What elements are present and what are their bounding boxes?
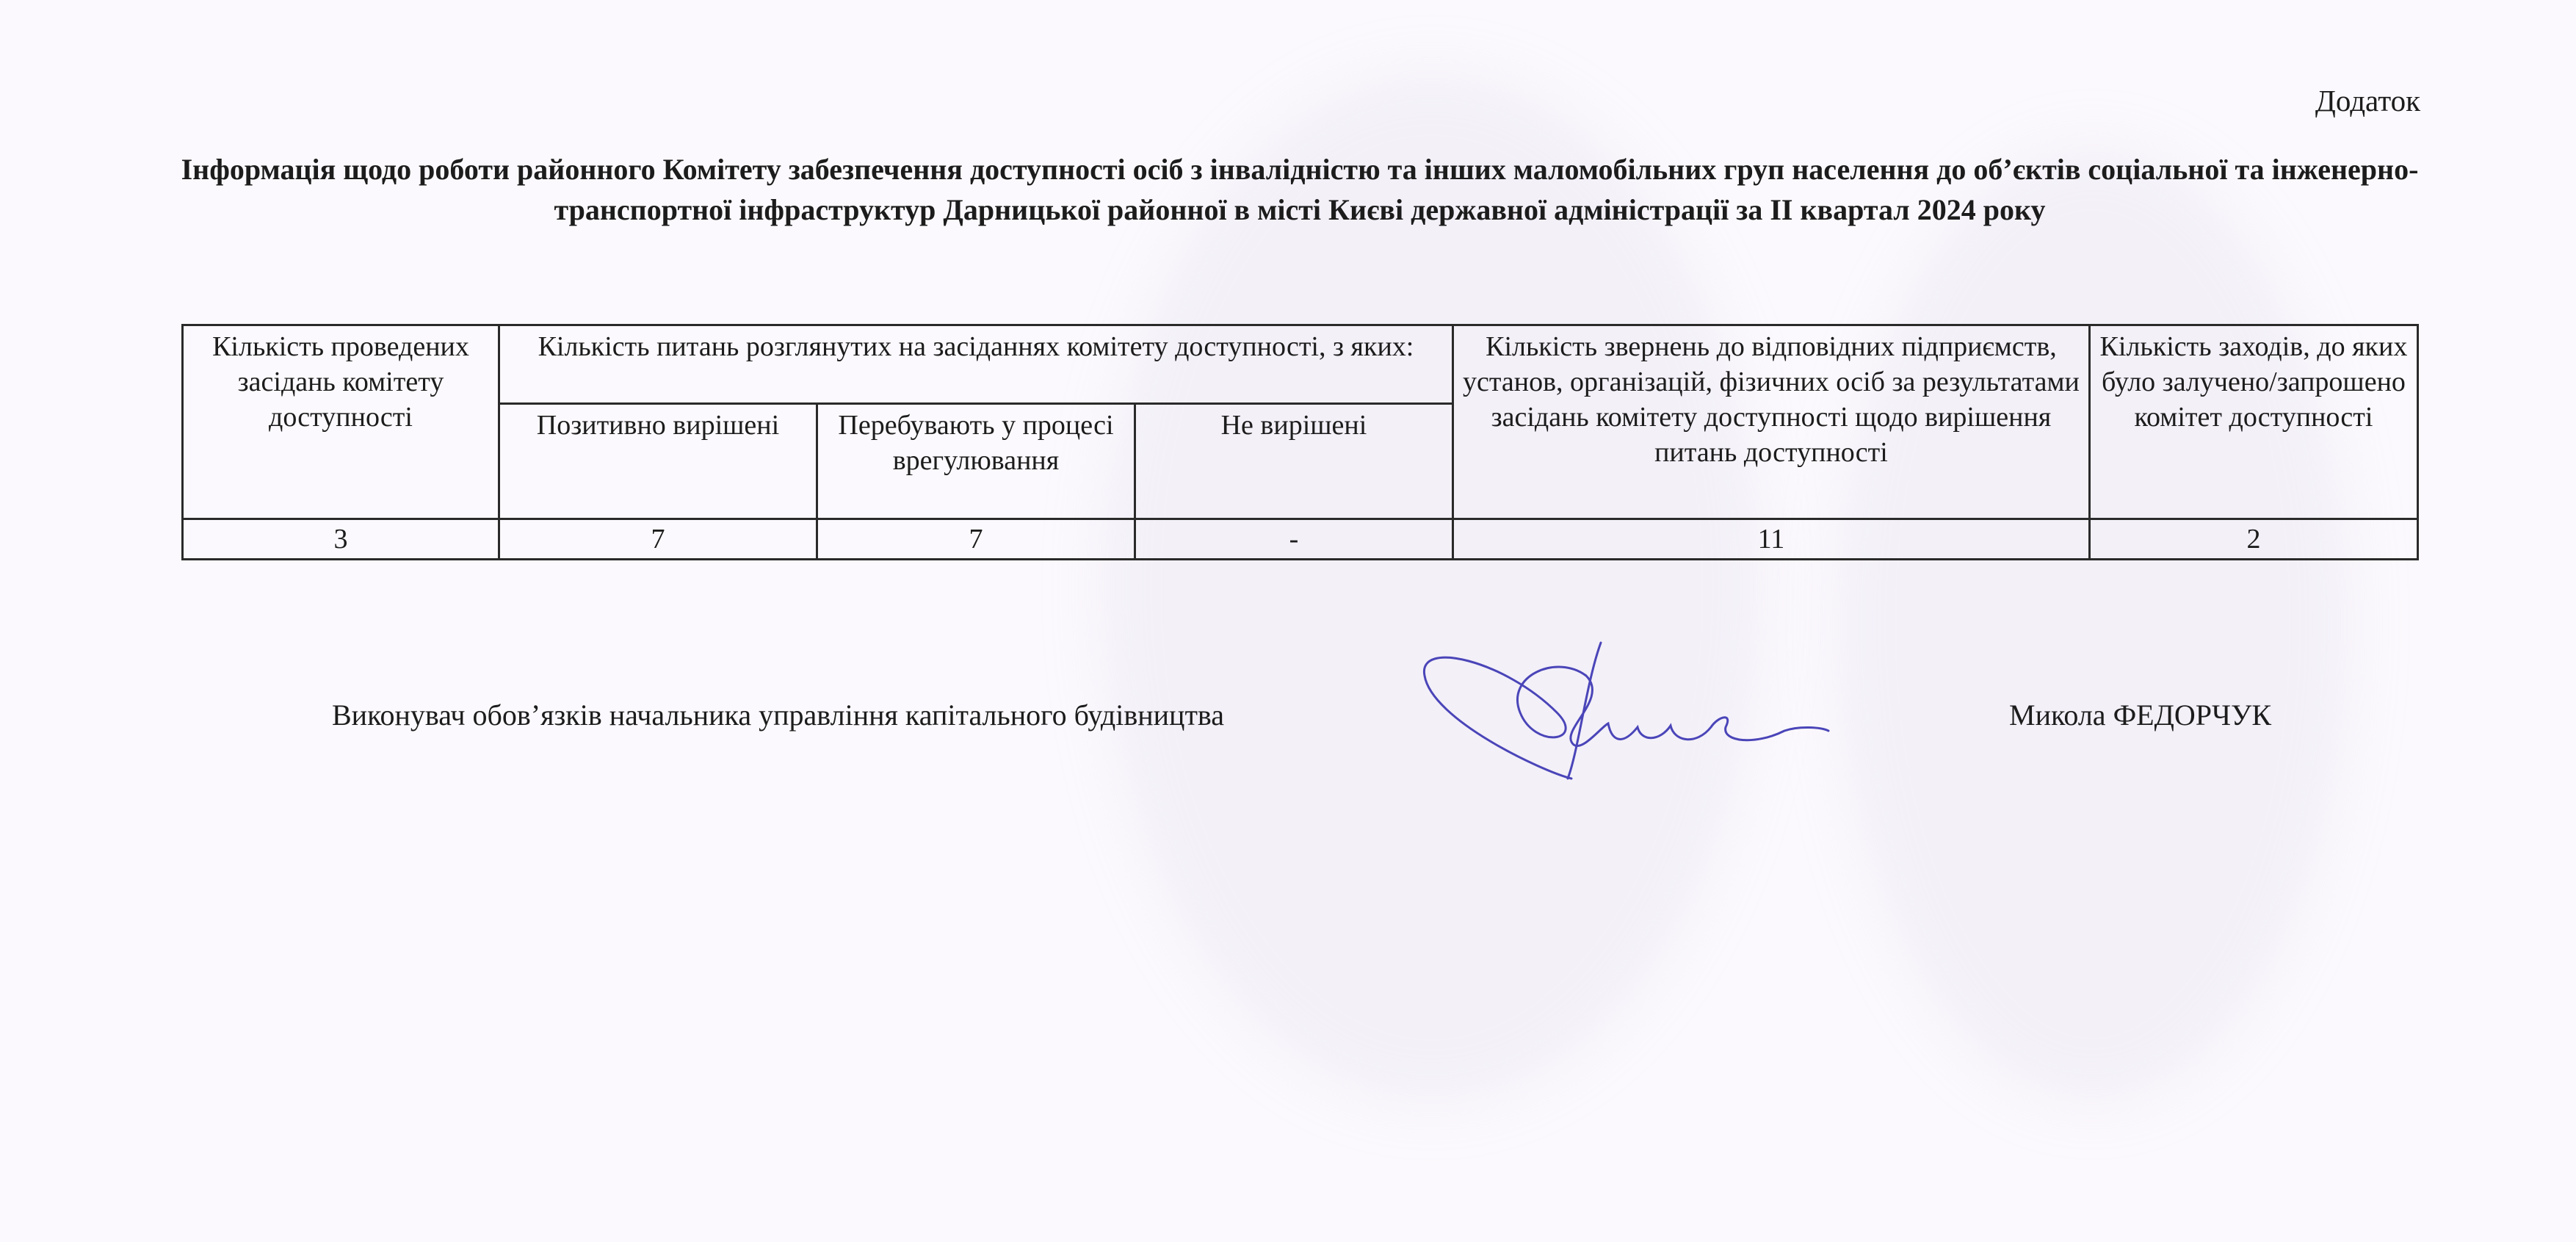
cell-events-count: 2 xyxy=(2089,519,2417,560)
signatory-role: Виконувач обов’язків начальника управлін… xyxy=(332,698,1224,732)
bleed-through-shadow xyxy=(1836,147,2350,1102)
cell-meetings-count: 3 xyxy=(183,519,499,560)
header-in-progress: Перебувають у процесі врегулювання xyxy=(817,404,1135,519)
header-meetings-count: Кількість проведених засідань комітету д… xyxy=(183,325,499,519)
cell-in-progress: 7 xyxy=(817,519,1135,560)
header-positively-resolved: Позитивно вирішені xyxy=(499,404,817,519)
header-issues-group: Кількість питань розглянутих на засіданн… xyxy=(499,325,1452,404)
document-page: Додаток Інформація щодо роботи районного… xyxy=(0,0,2576,1242)
appendix-label: Додаток xyxy=(2315,83,2420,118)
signatory-name: Микола ФЕДОРЧУК xyxy=(2009,698,2271,732)
header-events-count: Кількість заходів, до яких було залучено… xyxy=(2089,325,2417,519)
header-appeals-count: Кількість звернень до відповідних підпри… xyxy=(1452,325,2089,519)
cell-appeals-count: 11 xyxy=(1452,519,2089,560)
table-row: 3 7 7 - 11 2 xyxy=(183,519,2418,560)
cell-positively-resolved: 7 xyxy=(499,519,817,560)
handwritten-signature xyxy=(1417,639,1931,786)
cell-unresolved: - xyxy=(1135,519,1452,560)
table-header-row: Кількість проведених засідань комітету д… xyxy=(183,325,2418,404)
header-unresolved: Не вирішені xyxy=(1135,404,1452,519)
document-title: Інформація щодо роботи районного Комітет… xyxy=(110,149,2489,230)
report-table: Кількість проведених засідань комітету д… xyxy=(181,324,2419,560)
